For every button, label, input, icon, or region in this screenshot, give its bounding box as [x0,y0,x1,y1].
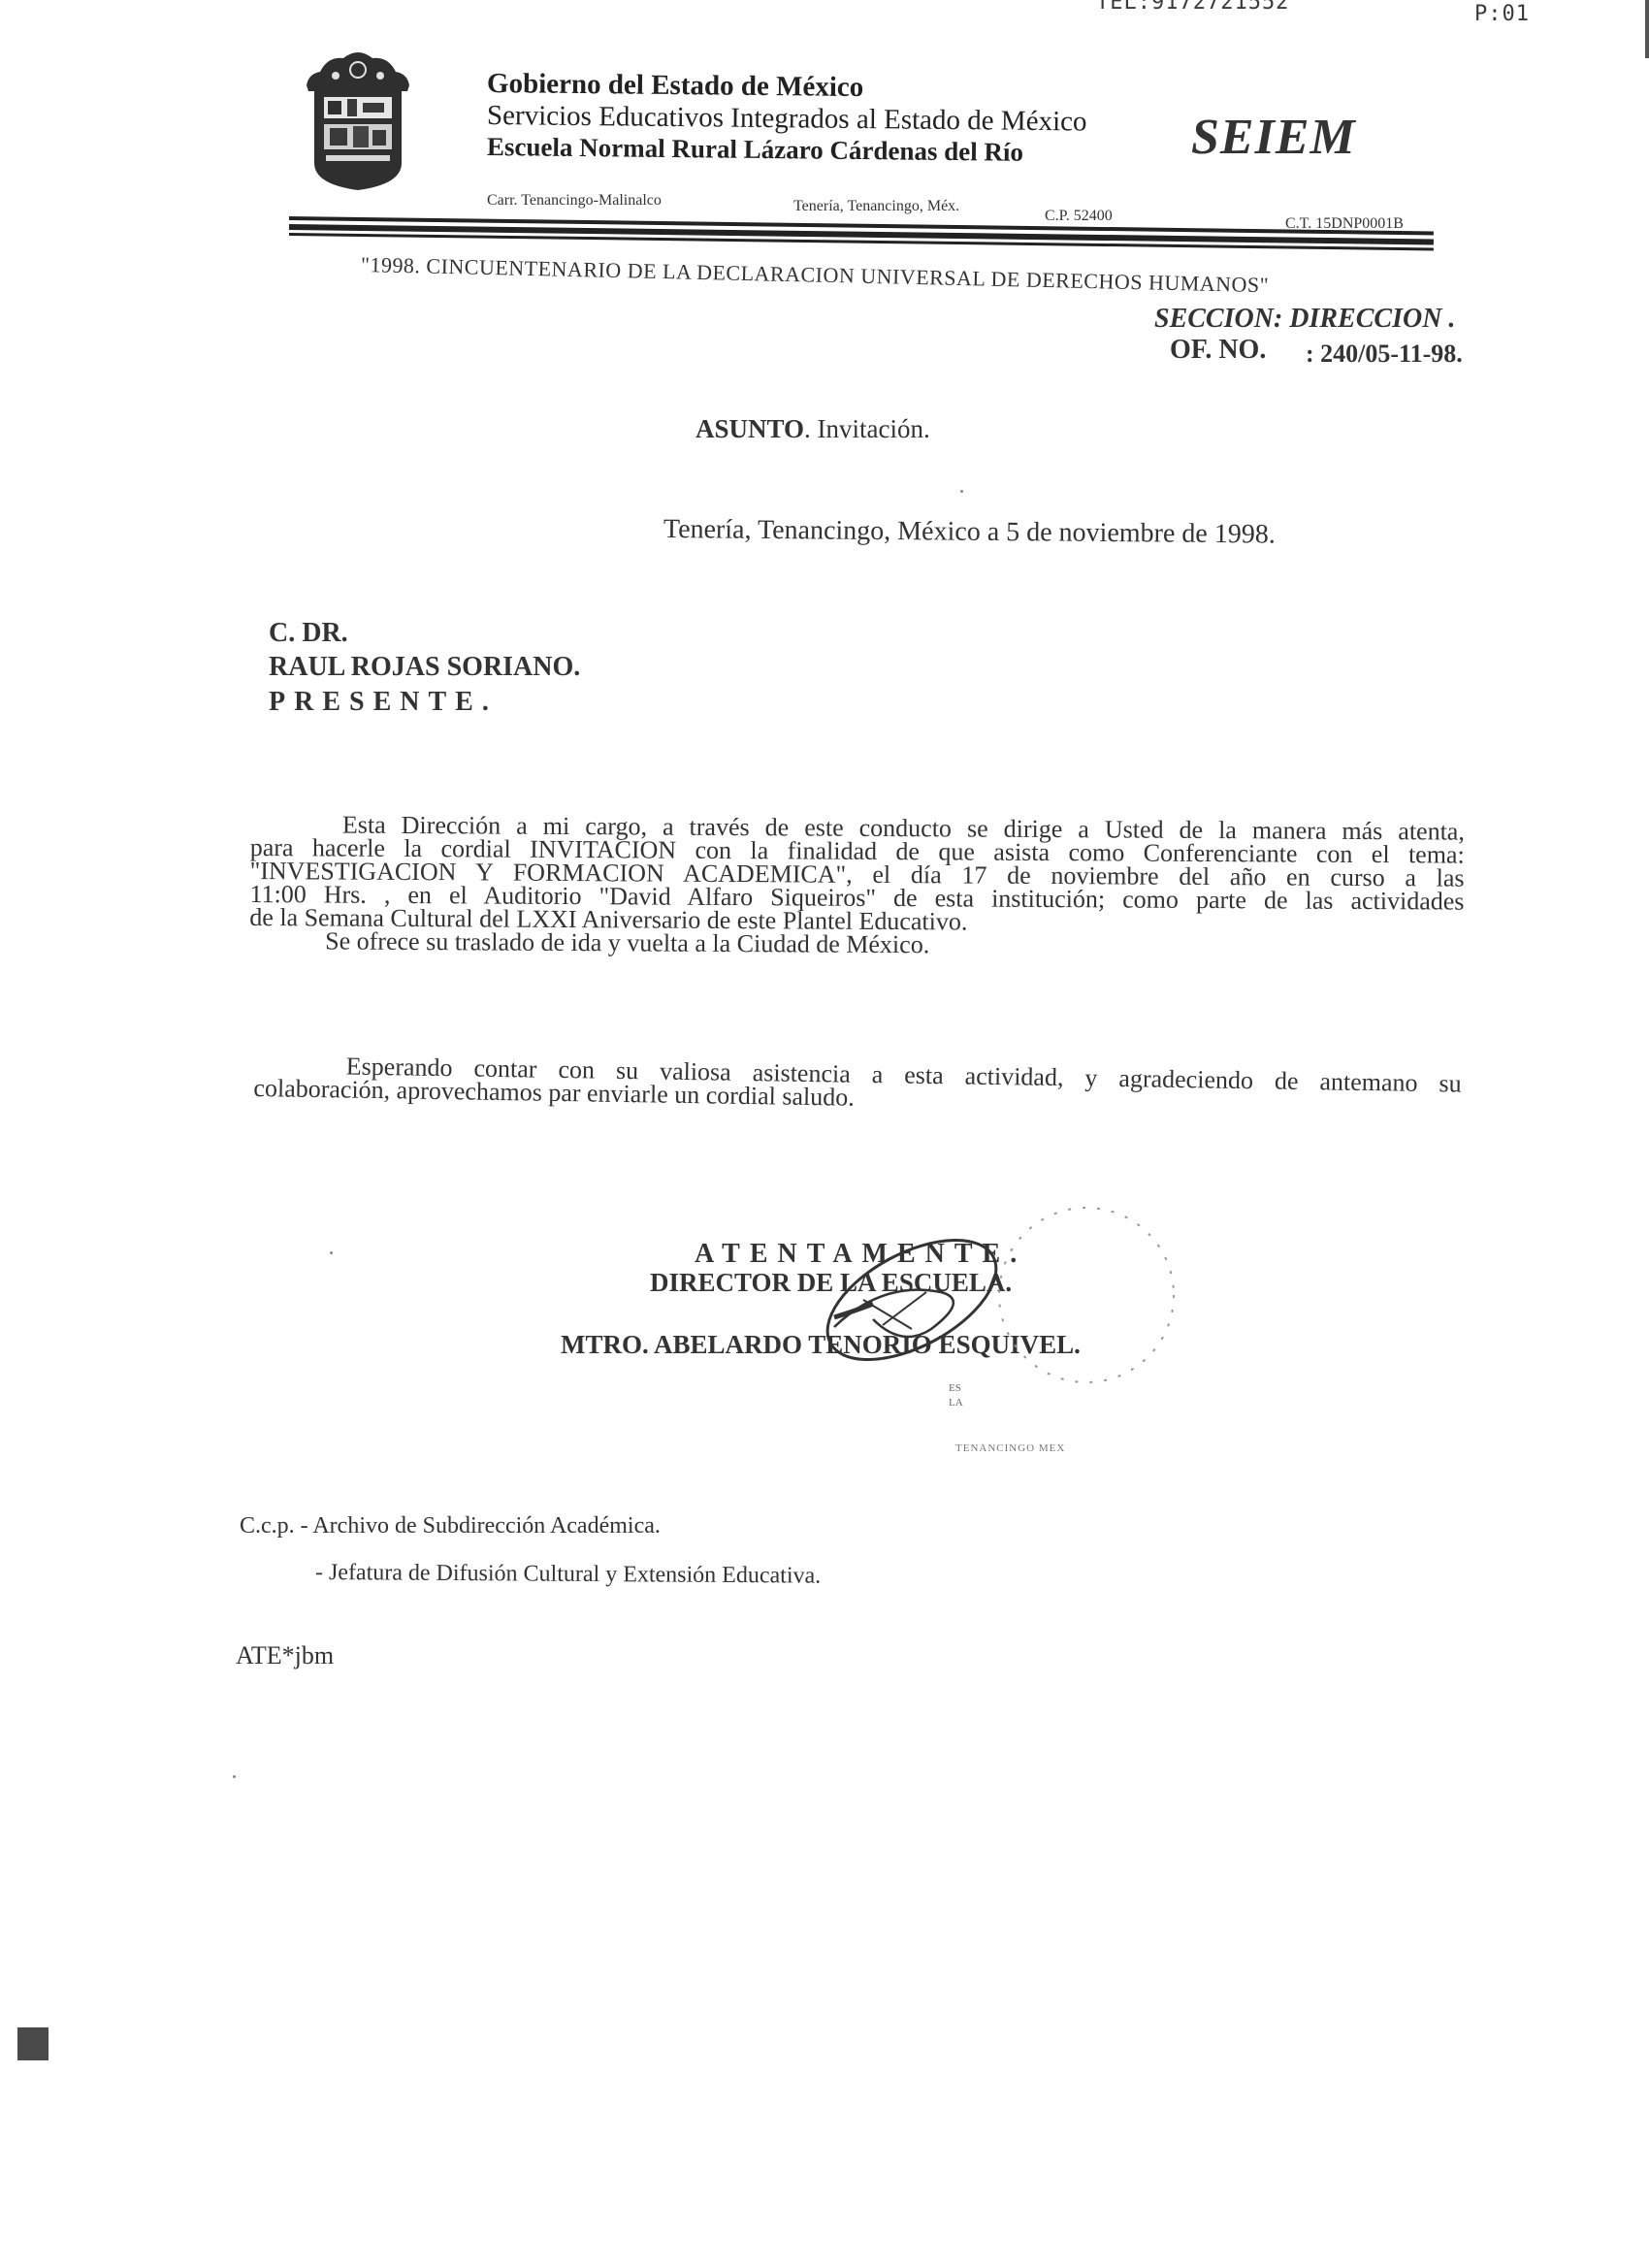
recipient-name: RAUL ROJAS SORIANO. [269,652,580,683]
handwritten-signature-icon [766,1203,1222,1455]
stamp-fragment: ES [949,1382,961,1394]
office-number-value: : 240/05-11-98. [1306,340,1463,369]
address-locality: Tenería, Tenancingo, Méx. [793,198,959,215]
letter-closing-paragraph: Esperando contar con su valiosa asistenc… [253,1053,1462,1119]
copy-item: - Archivo de Subdirección Académica. [301,1513,661,1539]
copy-item: - Jefatura de Difusión Cultural y Extens… [315,1560,821,1590]
scan-mark [17,2027,48,2060]
subject-label: ASUNTO [695,414,804,443]
recipient-presente: PRESENTE. [269,687,498,718]
fax-page-number: P:01 [1474,2,1530,26]
letterhead-government: Gobierno del Estado de México [487,68,864,104]
scan-speck [233,1775,236,1778]
address-road: Carr. Tenancingo-Malinalco [487,192,662,210]
scan-speck [330,1251,333,1254]
brand-logo: SEIEM [1191,109,1356,166]
fax-telephone: TEL:9172721552 [1096,0,1289,15]
subject-line: ASUNTO. Invitación. [695,414,930,444]
section-label: SECCION: DIRECCION . [1154,304,1455,335]
place-date: Tenería, Tenancingo, México a 5 de novie… [663,514,1276,551]
page-edge [1645,0,1649,58]
letter-body: Esta Dirección a mi cargo, a través de e… [249,813,1465,960]
subject-value: . Invitación. [804,414,930,443]
scan-speck [960,490,963,493]
copy-recipient: C.c.p. - Archivo de Subdirección Académi… [240,1513,661,1539]
letterhead-school: Escuela Normal Rural Lázaro Cárdenas del… [487,132,1023,168]
stamp-fragment: LA [949,1397,963,1409]
reference-initials: ATE*jbm [236,1641,334,1670]
stamp-fragment: TENANCINGO MEX [955,1442,1065,1454]
office-number-label: OF. NO. [1170,335,1266,366]
year-motto: "1998. CINCUENTENARIO DE LA DECLARACION … [361,252,1270,298]
address-postal-code: C.P. 52400 [1045,208,1113,225]
coat-of-arms-icon [299,49,417,192]
recipient-title: C. DR. [269,618,348,649]
copy-label: C.c.p. [240,1513,295,1539]
